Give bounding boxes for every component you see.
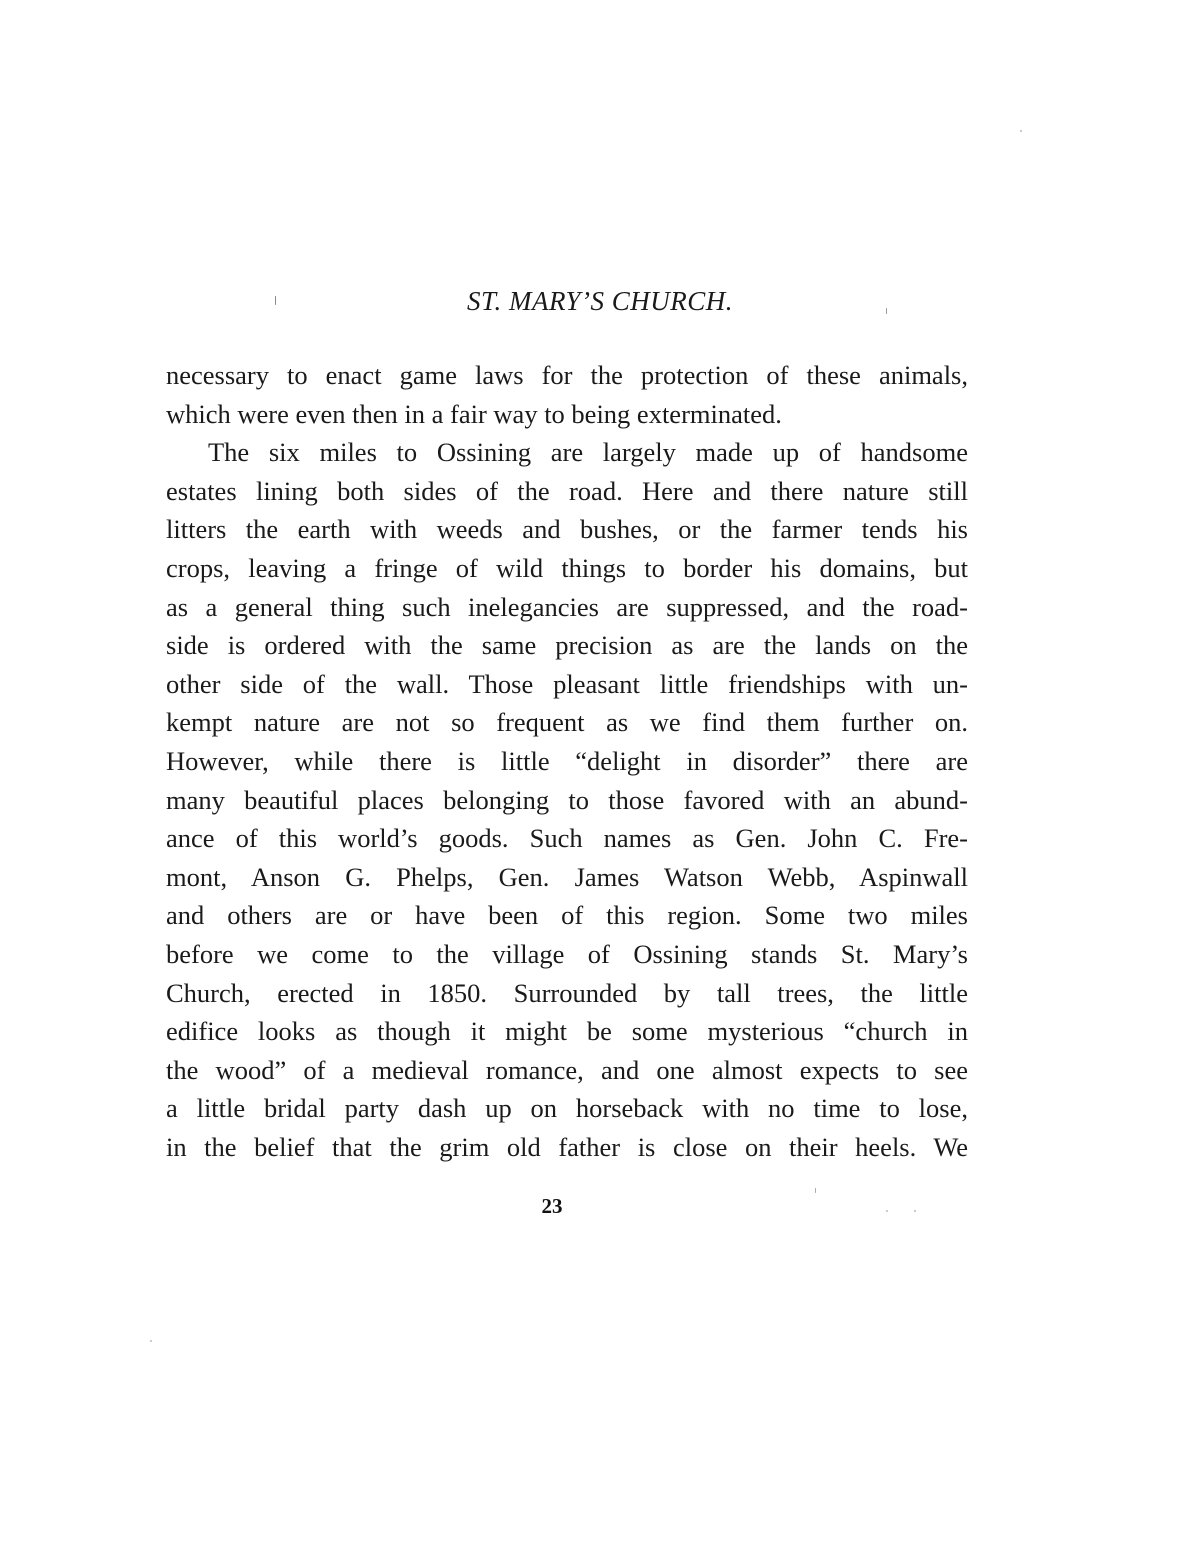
text-line: The six miles to Ossining are largely ma… [166,433,968,472]
text-line: kempt nature are not so frequent as we f… [166,703,968,742]
text-line: ance of this world’s goods. Such names a… [166,819,968,858]
scan-speck [886,308,887,314]
text-line: estates lining both sides of the road. H… [166,472,968,511]
running-head: ST. MARY’S CHURCH. [0,286,1200,317]
text-line: which were even then in a fair way to be… [166,395,968,434]
text-line: the wood” of a medieval romance, and one… [166,1051,968,1090]
text-line: many beautiful places belonging to those… [166,781,968,820]
scan-speck [914,1210,916,1212]
text-line: a little bridal party dash up on horseba… [166,1089,968,1128]
text-line: before we come to the village of Ossinin… [166,935,968,974]
text-line: in the belief that the grim old father i… [166,1128,968,1167]
scan-speck [886,1210,888,1212]
text-line: However, while there is little “delight … [166,742,968,781]
text-line: Church, erected in 1850. Surrounded by t… [166,974,968,1013]
scan-speck [815,1188,816,1193]
text-line: as a general thing such inelegancies are… [166,588,968,627]
text-line: and others are or have been of this regi… [166,896,968,935]
book-page: ST. MARY’S CHURCH. necessary to enact ga… [0,0,1200,1568]
page-number: 23 [0,1194,1104,1219]
text-line: necessary to enact game laws for the pro… [166,356,968,395]
text-line: edifice looks as though it might be some… [166,1012,968,1051]
text-line: crops, leaving a fringe of wild things t… [166,549,968,588]
scan-speck [150,1340,152,1342]
text-line: side is ordered with the same precision … [166,626,968,665]
body-text: necessary to enact game laws for the pro… [166,356,968,1166]
scan-speck [1020,130,1022,132]
text-line: mont, Anson G. Phelps, Gen. James Watson… [166,858,968,897]
text-line: other side of the wall. Those pleasant l… [166,665,968,704]
text-line: litters the earth with weeds and bushes,… [166,510,968,549]
scan-speck [275,296,276,305]
